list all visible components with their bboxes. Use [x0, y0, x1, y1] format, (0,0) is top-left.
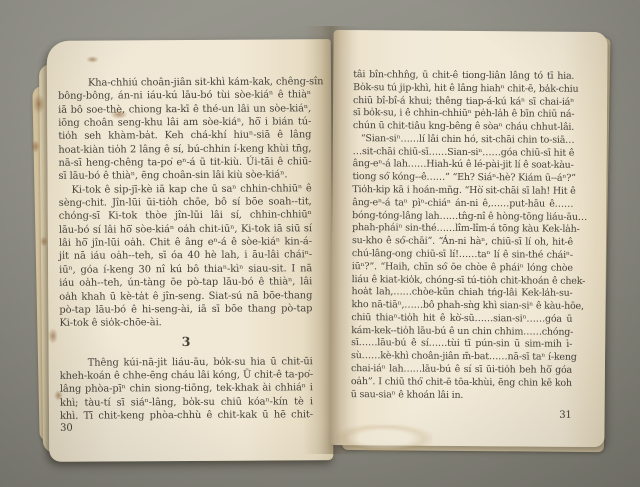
- text-line: pò-tap lāu-bó ê hi-seng-ài, iā sī bōe th…: [59, 302, 312, 317]
- text-line: iáu oa̍h--teh, ún-tàng ōe pò-tap lāu-bó …: [59, 275, 312, 290]
- right-page: tâi bîn-chhn̂g, ū chit-ê tiong-liân lâng…: [330, 30, 607, 447]
- section-number: 3: [60, 333, 313, 350]
- text-line: iūⁿ?”. “Haih, chīn só͘ ōe chòe ê pháiⁿ l…: [352, 261, 573, 276]
- text-line: chóng-sī Ki-tok thòe jîn-lūi lâi sí, chh…: [59, 209, 312, 224]
- text-line: âng-eⁿ-á taⁿ pìⁿ-chiáⁿ án-ni ê,……put-hāu…: [352, 197, 573, 212]
- text-line: ū sau-siaⁿ ê khoán lâi in.: [351, 389, 572, 404]
- text-line: Ki-tok ê sio̍k-chōe-ài.: [59, 315, 312, 330]
- left-page-lines: Kha-chhiú choân-jiân sit-khì kám-kak, ch…: [58, 75, 313, 423]
- right-page-lines: tâi bîn-chhn̂g, ū chit-ê tiong-liân lâng…: [351, 69, 575, 403]
- text-line: khì. Tī chit-keng phòa-chhù ê chit-kak ū…: [60, 408, 313, 423]
- right-page-text: tâi bîn-chhn̂g, ū chit-ê tiong-liân lâng…: [351, 69, 575, 423]
- text-line: tio̍h seh khàm-ba̍t. Keh chá-khí hiuⁿ-si…: [58, 129, 311, 144]
- text-line: Thêng kúi-nā-ji̍t liáu-āu, bo̍k-su hia ū…: [60, 355, 313, 370]
- text-line: oa̍h khah ū kè-ta̍t ê jîn-seng. Siat-sú …: [59, 289, 312, 304]
- text-line: chiū thiaⁿ-tio̍h hit ê kò͘-sū……sian-siⁿ……: [351, 312, 572, 327]
- left-page-text: Kha-chhiú choân-jiân sit-khì kám-kak, ch…: [58, 75, 313, 435]
- text-line: sī lāu-bó ê thiàⁿ, ēng choân-sin lâi kiù…: [59, 169, 312, 184]
- text-line: “Sian-siⁿ……lí lâi chin hó, sit-chāi chin…: [353, 133, 574, 148]
- page-number-left: 30: [60, 421, 313, 436]
- left-page: Kha-chhiú choân-jiân sit-khì kám-kak, ch…: [47, 39, 334, 462]
- book-photo: Kha-chhiú choân-jiân sit-khì kám-kak, ch…: [0, 0, 640, 487]
- page-number-right: 31: [351, 408, 572, 423]
- text-line: Bo̍k-su tú jip-khì, hit ê lâng hiahⁿ chi…: [353, 82, 574, 97]
- text-line: oa̍h”. I chiū thó͘ chit-ē tōa-khùi, ēng …: [351, 376, 572, 391]
- text-line: bông-bông, án-ni iáu-kú lāu-bó tùi sòe-k…: [58, 89, 311, 104]
- text-line: lâng phòa-pīⁿ chin siong-tiōng, tek-khak…: [60, 381, 313, 396]
- text-line: ji̍t nā iáu oa̍h--teh, sī óa 40 hè lah, …: [59, 249, 312, 264]
